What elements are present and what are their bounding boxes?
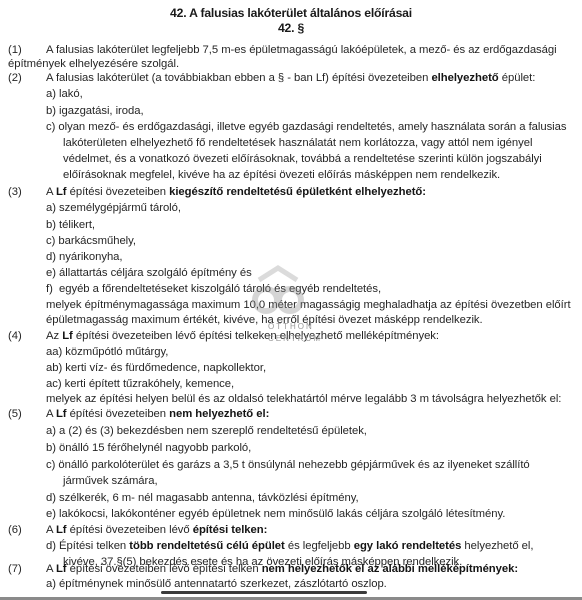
paragraph-intro: A Lf építési övezeteiben lévő építési te… (46, 562, 518, 576)
list-item: e) lakókocsi, lakókonténer egyéb épületn… (46, 507, 505, 521)
list-item-continuation: védelmet, és a vonatkozó övezeti előírás… (63, 152, 542, 166)
paragraph-closing: melyek az építési helyen belül és az old… (46, 392, 561, 406)
paragraph-intro: A Lf építési övezeteiben lévő építési te… (46, 523, 267, 537)
paragraph-number: (2) (8, 71, 22, 85)
list-item: b) igazgatási, iroda, (46, 104, 144, 118)
list-item: c) önálló parkolóterület és garázs a 3,5… (46, 458, 530, 472)
paragraph-number: (7) (8, 562, 22, 576)
list-item: a) lakó, (46, 87, 83, 101)
list-item: a) a (2) és (3) bekezdésben nem szereplő… (46, 424, 367, 438)
list-item: d) nyárikonyha, (46, 250, 123, 264)
list-item-continuation: előírásoknak megfelel, kivéve ha az épít… (63, 168, 500, 182)
list-item: b) önálló 15 férőhelynél nagyobb parkoló… (46, 441, 251, 455)
watermark-line-1: OTTHON (268, 322, 314, 331)
paragraph-text: A falusias lakóterület legfeljebb 7,5 m-… (46, 43, 557, 57)
list-item: a) építménynek minősülő antennatartó sze… (46, 577, 387, 591)
paragraph-number: (3) (8, 185, 22, 199)
paragraph-closing: melyek építménymagassága maximum 10,0 mé… (46, 298, 571, 312)
list-item: b) télikert, (46, 218, 95, 232)
list-item: c) barkácsműhely, (46, 234, 136, 248)
list-item-continuation: járművek számára, (63, 474, 158, 488)
list-item: ac) kerti épített tűzrakóhely, kemence, (46, 377, 234, 391)
section-number: 42. § (0, 21, 582, 35)
list-item: ab) kerti víz- és fürdőmedence, napkolle… (46, 361, 266, 375)
list-item: f) egyéb a főrendeltetéseket kiszolgáló … (46, 282, 381, 296)
chapter-title: 42. A falusias lakóterület általános elő… (0, 6, 582, 20)
paragraph-intro: A Lf építési övezeteiben nem helyezhető … (46, 407, 269, 421)
paragraph-intro: A Lf építési övezeteiben kiegészítő rend… (46, 185, 426, 199)
paragraph-closing: épületmagasság maximum értékét, kivéve, … (46, 313, 483, 327)
list-item: aa) közműpótló műtárgy, (46, 345, 168, 359)
document-page: 42. A falusias lakóterület általános elő… (0, 0, 582, 600)
list-item: c) olyan mező- és erdőgazdasági, illetve… (46, 120, 566, 134)
paragraph-intro: A falusias lakóterület (a továbbiakban e… (46, 71, 535, 85)
list-item: e) állattartás céljára szolgáló építmény… (46, 266, 252, 280)
paragraph-number: (1) (8, 43, 22, 57)
list-item: d) szélkerék, 6 m- nél magasabb antenna,… (46, 491, 359, 505)
paragraph-number: (4) (8, 329, 22, 343)
paragraph-1-continuation: építmények elhelyezésére szolgál. (8, 57, 179, 71)
list-item-continuation: lakóterületen elhelyezhető fő rendelteté… (63, 136, 532, 150)
paragraph-intro: Az Lf építési övezeteiben lévő építési t… (46, 329, 439, 343)
watermark-line-2: CENTRUM (268, 334, 322, 343)
list-item: d) Építési telken több rendeltetésű célú… (46, 539, 533, 553)
paragraph-number: (6) (8, 523, 22, 537)
list-item: a) személygépjármű tároló, (46, 201, 181, 215)
highlight-underline (161, 591, 367, 594)
paragraph-number: (5) (8, 407, 22, 421)
